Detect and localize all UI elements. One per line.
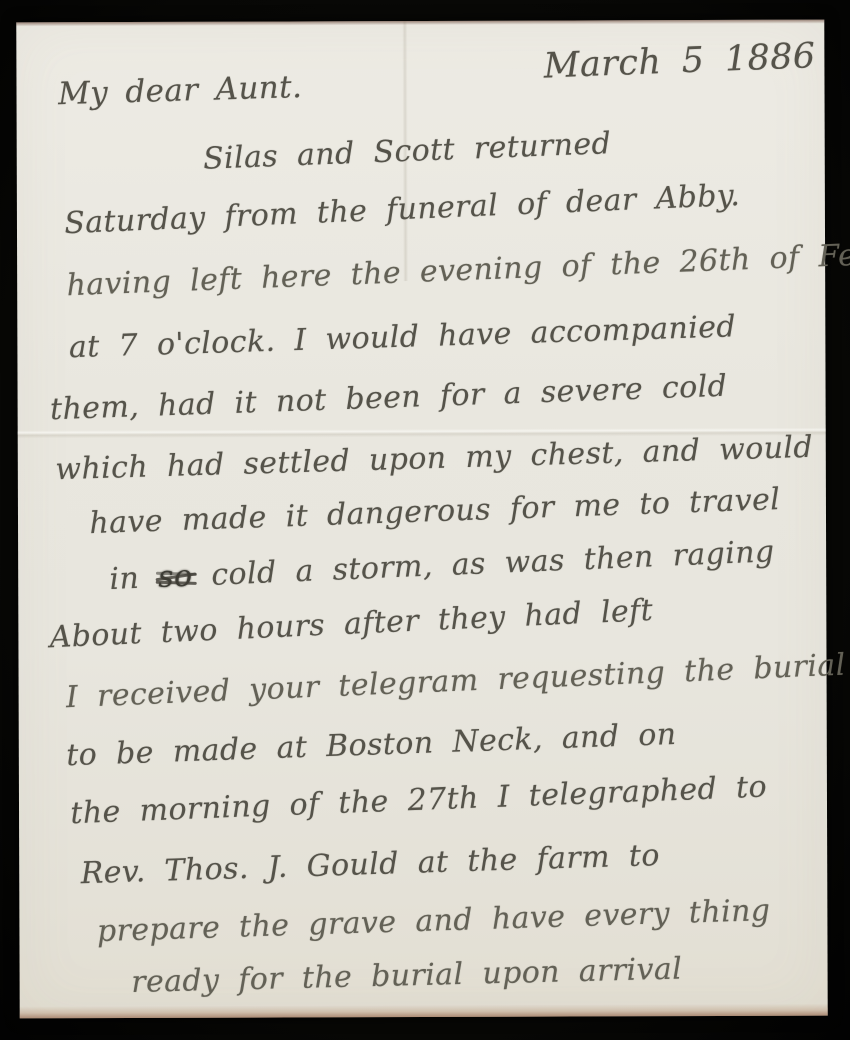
- letter-line: Silas and Scott returned: [202, 126, 611, 177]
- letter-line: About two hours after they had left: [49, 593, 654, 655]
- letter-line: I received your telegram requesting the …: [65, 648, 846, 716]
- letter-salutation: My dear Aunt.: [58, 69, 303, 112]
- letter-line: prepare the grave and have every thing: [96, 893, 771, 949]
- photo-background: { "colors": { "background": "#070705", "…: [0, 0, 850, 1040]
- letter-line: which had settled upon my chest, and wou…: [55, 430, 814, 487]
- letter-date: March 5 1886: [543, 36, 816, 86]
- letter-paper: March 5 1886 My dear Aunt. Silas and Sco…: [16, 20, 827, 1019]
- letter-line: at 7 o'clock. I would have accompanied: [68, 309, 736, 365]
- struck-out-word: so: [157, 559, 193, 595]
- letter-line: the morning of the 27th I telegraphed to: [70, 769, 768, 831]
- line-text-after-strike: cold a storm, as was then raging: [192, 534, 776, 593]
- letter-line: Rev. Thos. J. Gould at the farm to: [80, 838, 660, 891]
- letter-line: having left here the evening of the 26th…: [66, 237, 850, 304]
- letter-line: to be made at Boston Neck, and on: [66, 717, 677, 773]
- letter-line: Saturday from the funeral of dear Abby.: [64, 178, 741, 241]
- letter-line: ready for the burial upon arrival: [131, 952, 683, 1000]
- line-text-before-strike: in: [109, 560, 159, 597]
- letter-body: Silas and Scott returned Saturday from t…: [16, 20, 824, 23]
- letter-line: them, had it not been for a severe cold: [49, 369, 727, 428]
- letter-line: have made it dangerous for me to travel: [89, 482, 781, 541]
- letter-line: in so cold a storm, as was then raging: [109, 534, 775, 597]
